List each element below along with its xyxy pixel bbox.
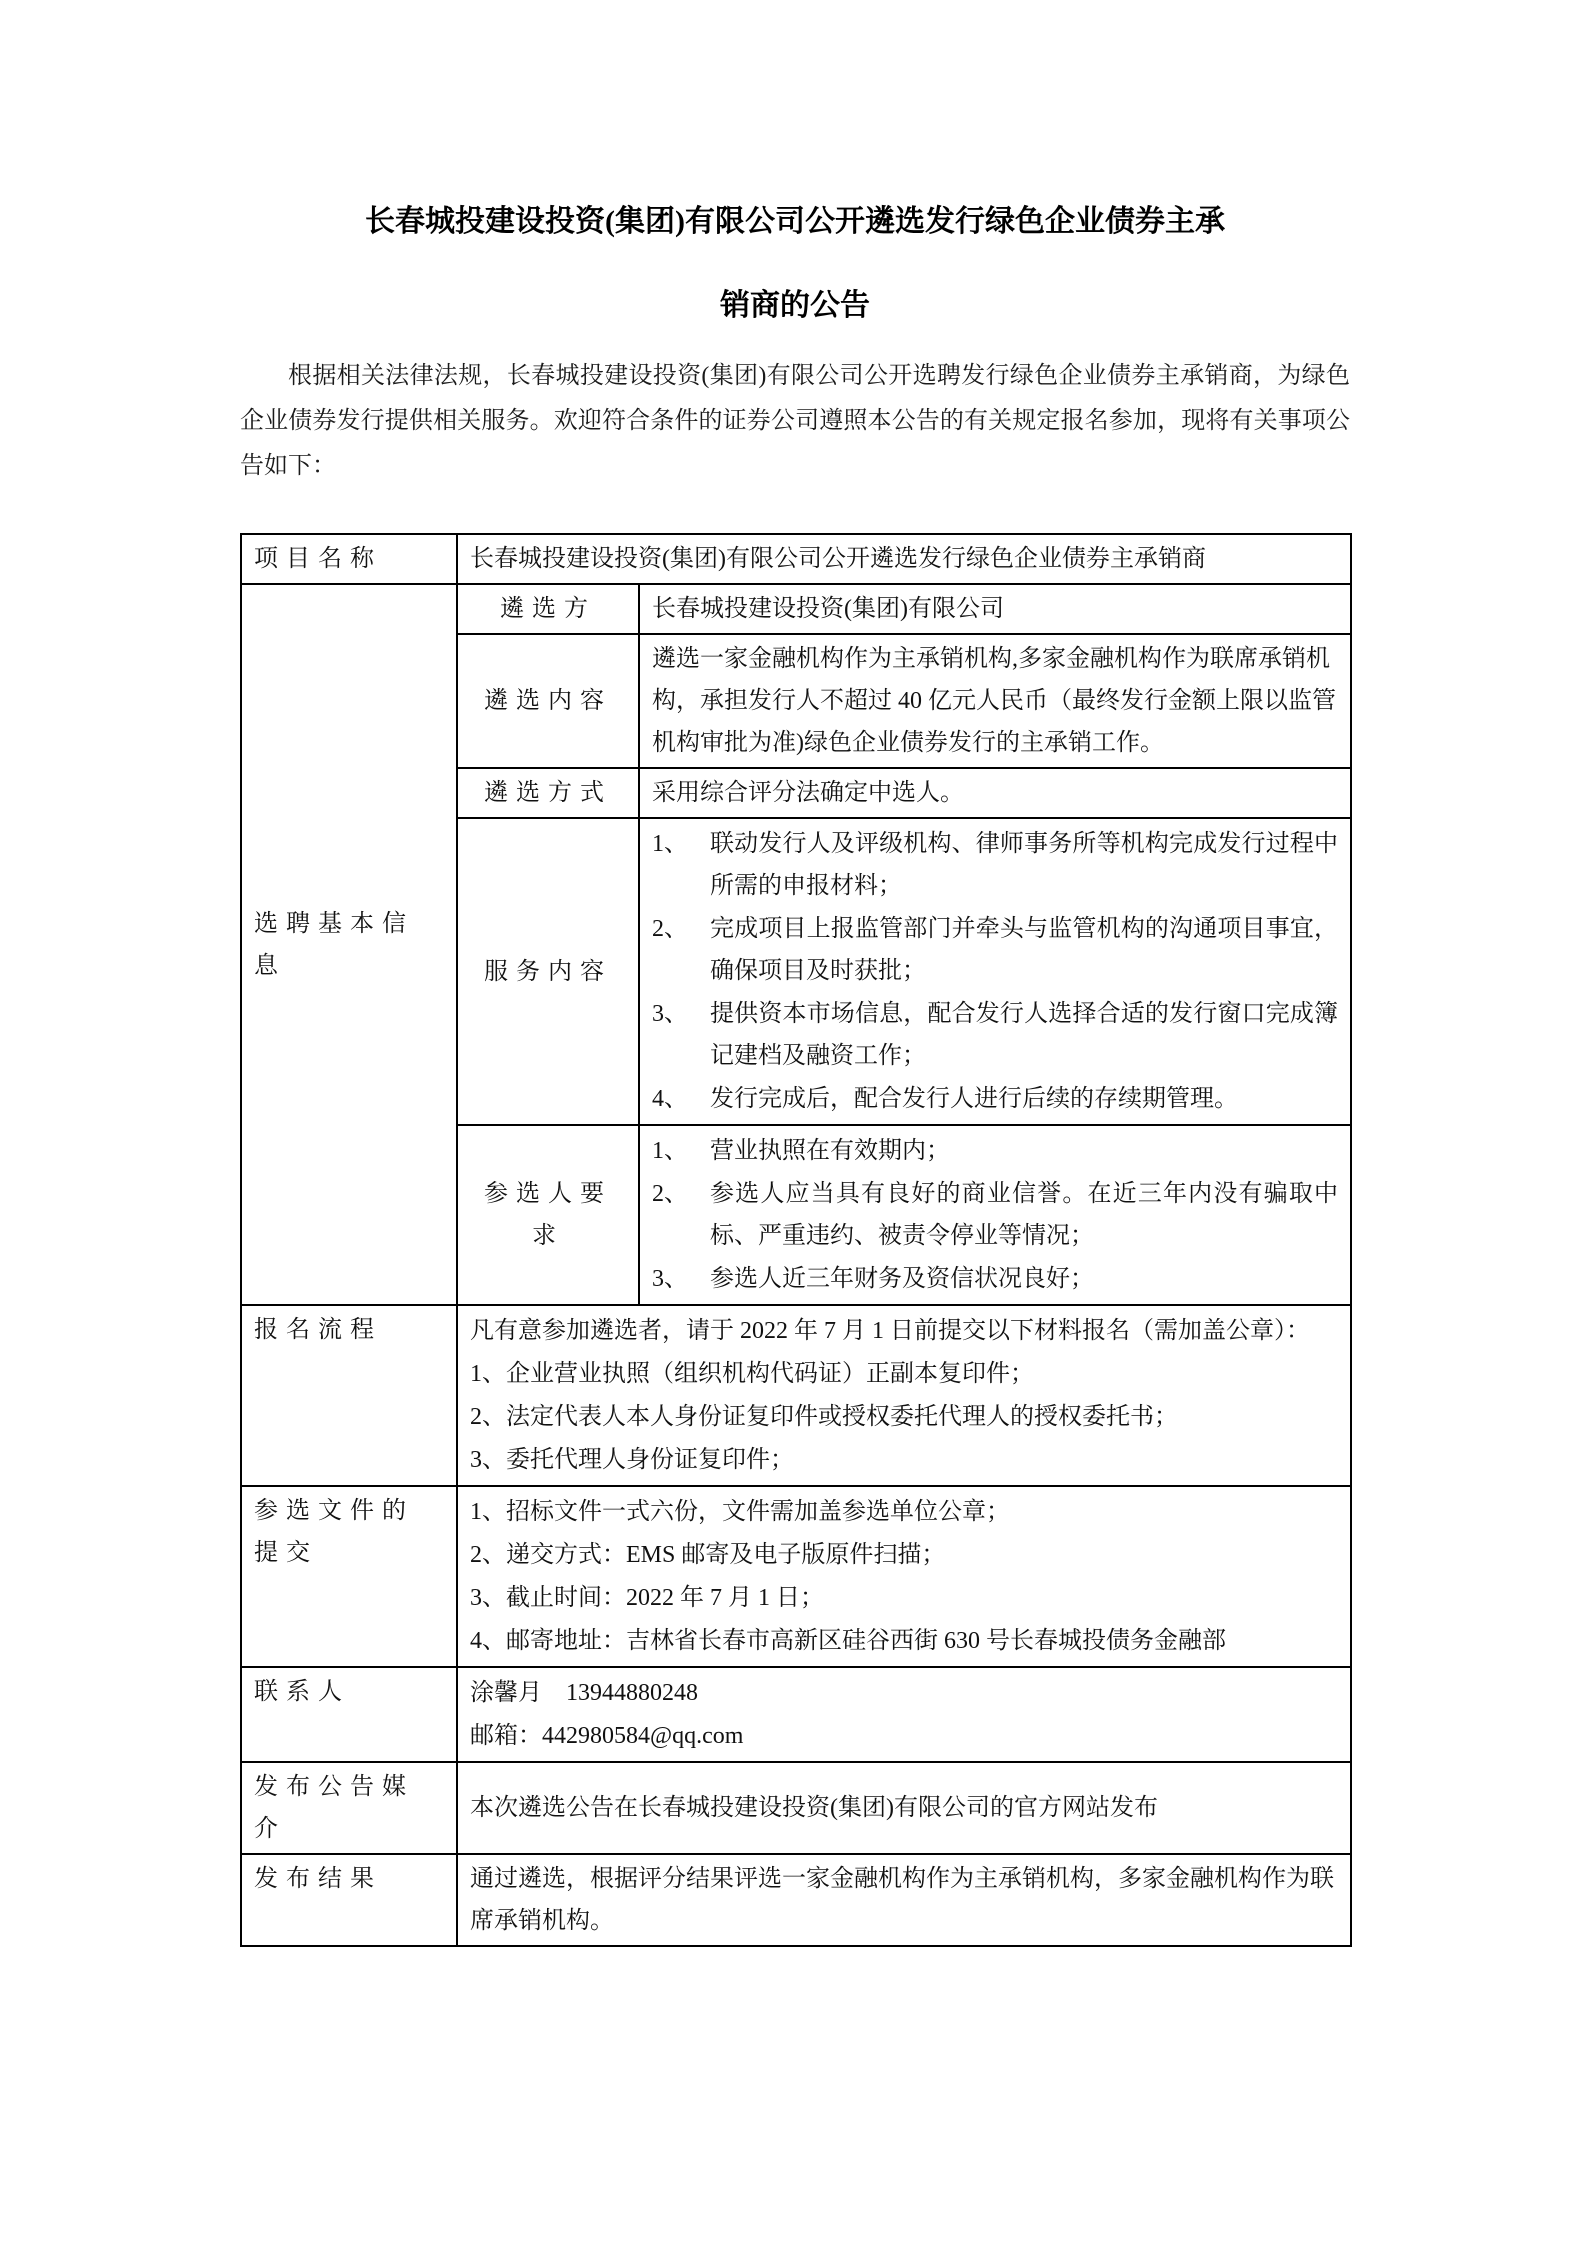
service-item: 2、 完成项目上报监管部门并牵头与监管机构的沟通项目事宜，确保项目及时获批； [652, 908, 1338, 992]
service-content-label: 服务内容 [457, 818, 639, 1125]
service-item: 4、 发行完成后，配合发行人进行后续的存续期管理。 [652, 1078, 1338, 1120]
service-item: 1、 联动发行人及评级机构、律师事务所等机构完成发行过程中所需的申报材料； [652, 823, 1338, 907]
row-project-name: 项目名称 长春城投建设投资(集团)有限公司公开遴选发行绿色企业债券主承销商 [241, 534, 1351, 584]
announcement-table: 项目名称 长春城投建设投资(集团)有限公司公开遴选发行绿色企业债券主承销商 选聘… [240, 533, 1352, 1947]
service-item-2-text: 完成项目上报监管部门并牵头与监管机构的沟通项目事宜，确保项目及时获批； [710, 908, 1338, 992]
requirement-item-2-num: 2、 [652, 1173, 710, 1257]
title-line-2: 销商的公告 [240, 264, 1350, 348]
document-content: 长春城投建设投资(集团)有限公司公开遴选发行绿色企业债券主承 销商的公告 根据相… [240, 0, 1350, 1947]
published-result-label: 发布结果 [241, 1854, 457, 1946]
selection-method-label: 遴选方式 [457, 768, 639, 818]
requirement-item: 2、 参选人应当具有良好的商业信誉。在近三年内没有骗取中标、严重违约、被责令停业… [652, 1173, 1338, 1257]
service-item: 3、 提供资本市场信息，配合发行人选择合适的发行窗口完成簿记建档及融资工作； [652, 993, 1338, 1077]
service-item-1-text: 联动发行人及评级机构、律师事务所等机构完成发行过程中所需的申报材料； [710, 823, 1338, 907]
signup-intro: 凡有意参加遴选者，请于 2022 年 7 月 1 日前提交以下材料报名（需加盖公… [470, 1310, 1338, 1352]
service-content-value: 1、 联动发行人及评级机构、律师事务所等机构完成发行过程中所需的申报材料； 2、… [639, 818, 1351, 1125]
row-published-result: 发布结果 通过遴选，根据评分结果评选一家金融机构作为主承销机构，多家金融机构作为… [241, 1854, 1351, 1946]
selector-value: 长春城投建设投资(集团)有限公司 [639, 584, 1351, 634]
document-submission-value: 1、招标文件一式六份，文件需加盖参选单位公章； 2、递交方式：EMS 邮寄及电子… [457, 1486, 1351, 1667]
signup-item-1: 1、企业营业执照（组织机构代码证）正副本复印件； [470, 1353, 1338, 1395]
signup-item-3: 3、委托代理人身份证复印件； [470, 1439, 1338, 1481]
requirement-item-1-text: 营业执照在有效期内； [710, 1130, 1338, 1172]
published-result-value: 通过遴选，根据评分结果评选一家金融机构作为主承销机构，多家金融机构作为联席承销机… [457, 1854, 1351, 1946]
participant-requirements-label: 参选人要求 [457, 1125, 639, 1305]
signup-process-label: 报名流程 [241, 1305, 457, 1486]
project-name-value: 长春城投建设投资(集团)有限公司公开遴选发行绿色企业债券主承销商 [457, 534, 1351, 584]
row-signup-process: 报名流程 凡有意参加遴选者，请于 2022 年 7 月 1 日前提交以下材料报名… [241, 1305, 1351, 1486]
requirement-item: 1、 营业执照在有效期内； [652, 1130, 1338, 1172]
row-contact: 联系人 涂馨月 13944880248 邮箱：442980584@qq.com [241, 1667, 1351, 1762]
requirement-item-1-num: 1、 [652, 1130, 710, 1172]
service-item-4-num: 4、 [652, 1078, 710, 1120]
document-page: 长春城投建设投资(集团)有限公司公开遴选发行绿色企业债券主承 销商的公告 根据相… [0, 0, 1587, 2245]
contact-email: 邮箱：442980584@qq.com [470, 1715, 1338, 1757]
submission-item-2: 2、递交方式：EMS 邮寄及电子版原件扫描； [470, 1534, 1338, 1576]
selection-content-value: 遴选一家金融机构作为主承销机构,多家金融机构作为联席承销机构，承担发行人不超过 … [639, 634, 1351, 768]
selector-label: 遴选方 [457, 584, 639, 634]
requirement-item-3-num: 3、 [652, 1258, 710, 1300]
row-selector: 选聘基本信息 遴选方 长春城投建设投资(集团)有限公司 [241, 584, 1351, 634]
service-item-1-num: 1、 [652, 823, 710, 907]
contact-value: 涂馨月 13944880248 邮箱：442980584@qq.com [457, 1667, 1351, 1762]
service-item-3-num: 3、 [652, 993, 710, 1077]
selection-content-label: 遴选内容 [457, 634, 639, 768]
selection-method-value: 采用综合评分法确定中选人。 [639, 768, 1351, 818]
announcement-media-value: 本次遴选公告在长春城投建设投资(集团)有限公司的官方网站发布 [457, 1762, 1351, 1854]
signup-process-value: 凡有意参加遴选者，请于 2022 年 7 月 1 日前提交以下材料报名（需加盖公… [457, 1305, 1351, 1486]
basic-info-label: 选聘基本信息 [241, 584, 457, 1305]
announcement-media-label: 发布公告媒介 [241, 1762, 457, 1854]
requirement-item-3-text: 参选人近三年财务及资信状况良好； [710, 1258, 1338, 1300]
row-document-submission: 参选文件的提交 1、招标文件一式六份，文件需加盖参选单位公章； 2、递交方式：E… [241, 1486, 1351, 1667]
service-item-4-text: 发行完成后，配合发行人进行后续的存续期管理。 [710, 1078, 1338, 1120]
service-item-3-text: 提供资本市场信息，配合发行人选择合适的发行窗口完成簿记建档及融资工作； [710, 993, 1338, 1077]
contact-label: 联系人 [241, 1667, 457, 1762]
document-submission-label: 参选文件的提交 [241, 1486, 457, 1667]
row-announcement-media: 发布公告媒介 本次遴选公告在长春城投建设投资(集团)有限公司的官方网站发布 [241, 1762, 1351, 1854]
service-item-2-num: 2、 [652, 908, 710, 992]
project-name-label: 项目名称 [241, 534, 457, 584]
signup-item-2: 2、法定代表人本人身份证复印件或授权委托代理人的授权委托书； [470, 1396, 1338, 1438]
document-title: 长春城投建设投资(集团)有限公司公开遴选发行绿色企业债券主承 销商的公告 [240, 0, 1350, 348]
requirement-item-2-text: 参选人应当具有良好的商业信誉。在近三年内没有骗取中标、严重违约、被责令停业等情况… [710, 1173, 1338, 1257]
intro-paragraph: 根据相关法律法规，长春城投建设投资(集团)有限公司公开选聘发行绿色企业债券主承销… [240, 354, 1350, 489]
submission-item-4: 4、邮寄地址：吉林省长春市高新区硅谷西街 630 号长春城投债务金融部 [470, 1620, 1338, 1662]
requirement-item: 3、 参选人近三年财务及资信状况良好； [652, 1258, 1338, 1300]
contact-name-phone: 涂馨月 13944880248 [470, 1672, 1338, 1714]
title-line-1: 长春城投建设投资(集团)有限公司公开遴选发行绿色企业债券主承 [240, 180, 1350, 264]
submission-item-3: 3、截止时间：2022 年 7 月 1 日； [470, 1577, 1338, 1619]
participant-requirements-value: 1、 营业执照在有效期内； 2、 参选人应当具有良好的商业信誉。在近三年内没有骗… [639, 1125, 1351, 1305]
submission-item-1: 1、招标文件一式六份，文件需加盖参选单位公章； [470, 1491, 1338, 1533]
